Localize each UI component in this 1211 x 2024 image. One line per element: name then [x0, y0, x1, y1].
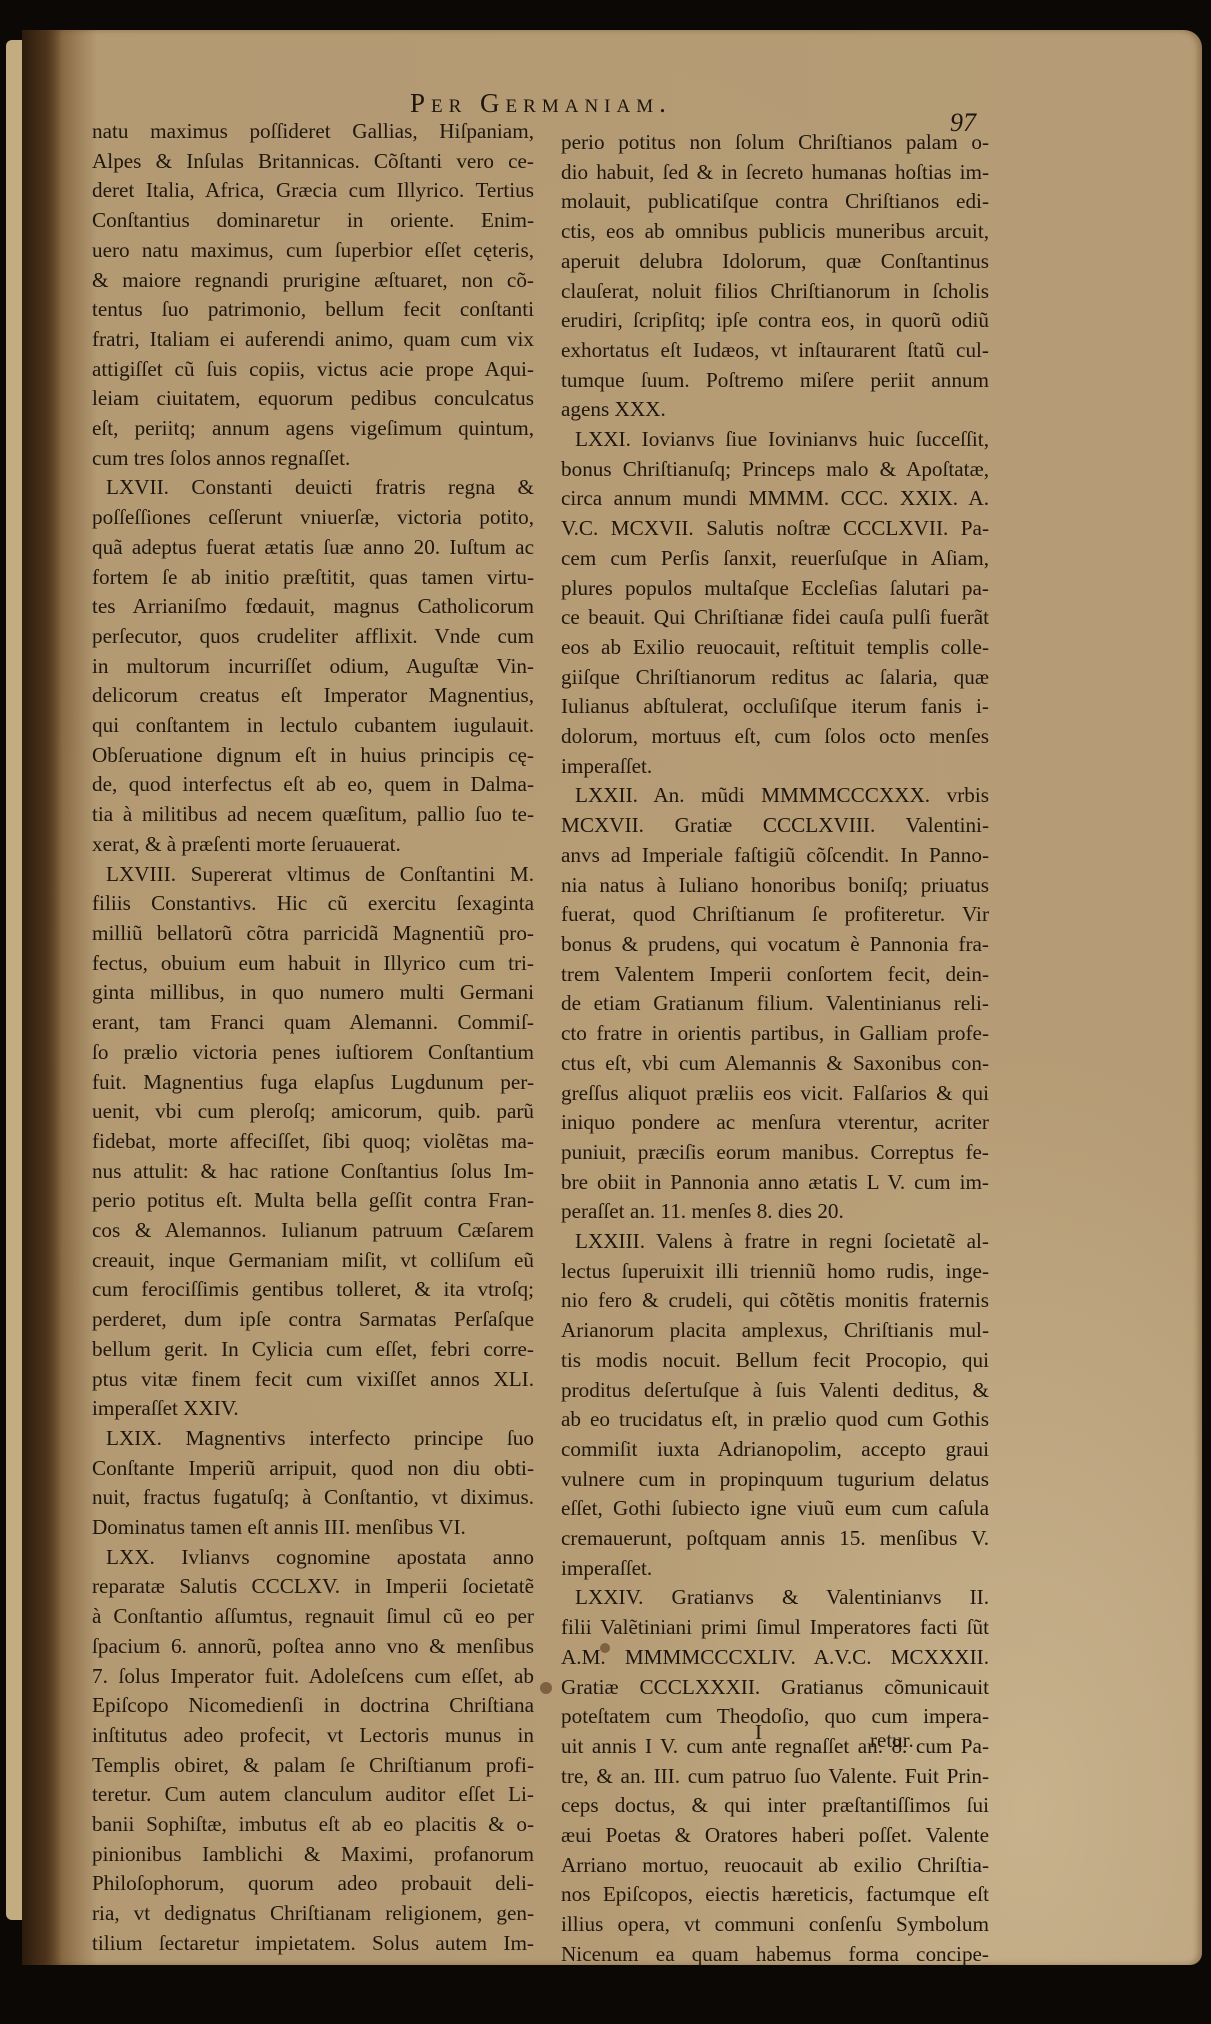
text-line: commiſit iuxta Adrianopolim, accepto gra… — [561, 1435, 989, 1465]
section-heading-line: LXXI. Iovianvs ſiue Iovinianvs huic ſucc… — [561, 425, 989, 455]
text-line: bre obiit in Pannonia anno ætatis L V. c… — [561, 1168, 989, 1198]
running-head: Per Germaniam. — [410, 88, 672, 119]
text-line: Alpes & Inſulas Britannicas. Cõſtanti ve… — [92, 147, 534, 177]
text-line: imperaſſet. — [561, 1554, 989, 1584]
text-line: iniquo pondere ac menſura vterentur, acr… — [561, 1108, 989, 1138]
text-line: xerat, & à præſenti morte ſeruauerat. — [92, 830, 534, 860]
text-line: imperaſſet XXIV. — [92, 1394, 534, 1424]
text-line: teretur. Cum autem clanculum auditor eſſ… — [92, 1780, 534, 1810]
section-heading-line: LXXII. An. mũdi MMMMCCCXXX. vrbis — [561, 781, 989, 811]
text-line: agens XXX. — [561, 395, 989, 425]
text-line: dolorum, mortuus eſt, cum ſolos octo men… — [561, 722, 989, 752]
text-line: de etiam Gratianum filium. Valentinianus… — [561, 989, 989, 1019]
text-line: Templis obiret, & palam ſe Chriſtianum p… — [92, 1751, 534, 1781]
text-line: tumque ſuum. Poſtremo miſere periit annu… — [561, 366, 989, 396]
text-line: cto fratre in orientis partibus, in Gall… — [561, 1019, 989, 1049]
text-line: eſt, periitq; annum agens vigeſimum quin… — [92, 414, 534, 444]
text-line: ginta millibus, in quo numero multi Germ… — [92, 978, 534, 1008]
text-line: perio potitus eſt. Multa bella geſſit co… — [92, 1186, 534, 1216]
text-line: anvs ad Imperiale faſtigiũ cõſcendit. In… — [561, 841, 989, 871]
text-line: poſſeſſiones ceſſerunt vniuerſæ, victori… — [92, 503, 534, 533]
text-line: deret Italia, Africa, Græcia cum Illyric… — [92, 176, 534, 206]
text-line: proditus deſertuſque à ſuis Valenti dedi… — [561, 1376, 989, 1406]
text-line: tre, & an. III. cum patruo ſuo Valente. … — [561, 1762, 989, 1792]
text-line: in multorum incurriſſet odium, Auguſtæ V… — [92, 652, 534, 682]
text-line: trem Valentem Imperii conſortem fecit, d… — [561, 960, 989, 990]
text-line: peraſſet an. 11. menſes 8. dies 20. — [561, 1197, 989, 1227]
text-line: ctis, eos ab omnibus publicis muneribus … — [561, 217, 989, 247]
text-line: 7. ſolus Imperator fuit. Adoleſcens cum … — [92, 1662, 534, 1692]
text-line: fectus, obuium eum habuit in Illyrico cu… — [92, 949, 534, 979]
text-line: bonus & prudens, qui vocatum è Pannonia … — [561, 930, 989, 960]
text-line: circa annum mundi MMMM. CCC. XXIX. A. — [561, 484, 989, 514]
text-line: clauſerat, noluit filios Chriſtianorum i… — [561, 277, 989, 307]
text-line: nia natus à Iuliano honoribus boniſq; pr… — [561, 871, 989, 901]
text-line: cem cum Perſis ſanxit, reuerſuſque in Aſ… — [561, 544, 989, 574]
section-heading-line: LXXIII. Valens à fratre in regni ſocieta… — [561, 1227, 989, 1257]
text-line: à Conſtantio aſſumtus, regnauit ſimul cũ… — [92, 1602, 534, 1632]
text-line: quã adeptus fuerat ætatis ſuæ anno 20. I… — [92, 533, 534, 563]
text-line: delicorum creatus eſt Imperator Magnenti… — [92, 681, 534, 711]
text-line: ptus vitæ finem fecit cum vixiſſet annos… — [92, 1365, 534, 1395]
text-line: Epiſcopo Nicomedienſi in doctrina Chriſt… — [92, 1691, 534, 1721]
text-line: eos ab Exilio reuocauit, reſtituit templ… — [561, 633, 989, 663]
text-line: vulnere cum in propinquum tugurium delat… — [561, 1465, 989, 1495]
text-line: filii Valẽtiniani primi ſimul Imperatore… — [561, 1613, 989, 1643]
text-line: exhortatus eſt Iudæos, vt inſtaurarent ſ… — [561, 336, 989, 366]
text-line: ab eo trucidatus eſt, in prælio quod cum… — [561, 1405, 989, 1435]
text-line: inſtitutus adeo profecit, vt Lectoris mu… — [92, 1721, 534, 1751]
text-line: fortem ſe ab initio præſtitit, quas tame… — [92, 563, 534, 593]
text-line: fidebat, morte affeciſſet, ſibi quoq; vi… — [92, 1127, 534, 1157]
text-line: cum tres ſolos annos regnaſſet. — [92, 444, 534, 474]
text-line: ria, vt dedignatus Chriſtianam religione… — [92, 1899, 534, 1929]
text-line: plures populos multaſque Eccleſias ſalut… — [561, 574, 989, 604]
text-line: cos & Alemannos. Iulianum patruum Cæſare… — [92, 1216, 534, 1246]
text-line: cremauerunt, poſtquam annis 15. menſibus… — [561, 1524, 989, 1554]
text-line: tilium ſectaretur impietatem. Solus aute… — [92, 1929, 534, 1959]
text-line: tia à militibus ad necem quæſitum, palli… — [92, 800, 534, 830]
text-line: Iulianus abſtulerat, occluſiſque iterum … — [561, 692, 989, 722]
text-line: ctus eſt, vbi cum Alemannis & Saxonibus … — [561, 1049, 989, 1079]
text-line: tes Arrianiſmo fœdauit, magnus Catholico… — [92, 592, 534, 622]
text-line: reparatæ Salutis CCCLXV. in Imperii ſoci… — [92, 1572, 534, 1602]
text-line: Philoſophorum, quorum adeo probauit deli… — [92, 1869, 534, 1899]
text-line: Conſtantius dominaretur in oriente. Enim… — [92, 206, 534, 236]
text-line: uit annis I V. cum ante regnaſſet an. 8.… — [561, 1732, 989, 1762]
text-line: poteſtatem cum Theodoſio, quo cum impera… — [561, 1702, 989, 1732]
text-line: leiam ciuitatem, equorum pedibus conculc… — [92, 384, 534, 414]
text-line: MCXVII. Gratiæ CCCLXVIII. Valentini- — [561, 811, 989, 841]
text-line: bellum gerit. In Cylicia cum eſſet, febr… — [92, 1335, 534, 1365]
text-line: tentus ſuo patrimonio, bellum fecit conſ… — [92, 295, 534, 325]
signature-mark: I — [755, 1720, 762, 1745]
section-heading-line: LXXIV. Gratianvs & Valentinianvs II. — [561, 1583, 989, 1613]
text-line: molauit, publicatiſque contra Chriſtiano… — [561, 187, 989, 217]
text-line: ſpacium 6. annorũ, poſtea anno vno & men… — [92, 1632, 534, 1662]
text-line: fuit. Magnentius fuga elapſus Lugdunum p… — [92, 1068, 534, 1098]
text-line: V.C. MCXVII. Salutis noſtræ CCCLXVII. Pa… — [561, 514, 989, 544]
text-line: Obſeruatione dignum eſt in huius princip… — [92, 741, 534, 771]
section-heading-line: LXVII. Constanti deuicti fratris regna & — [92, 473, 534, 503]
text-line: uero natu maximus, cum ſuperbior eſſet c… — [92, 236, 534, 266]
text-line: pinionibus Iamblichi & Maximi, profanoru… — [92, 1840, 534, 1870]
text-line: ſo prælio victoria penes iuſtiorem Conſt… — [92, 1038, 534, 1068]
text-line: nos Epiſcopos, eiectis hæreticis, factum… — [561, 1880, 989, 1910]
text-line: tis modis nocuit. Bellum fecit Procopio,… — [561, 1346, 989, 1376]
text-line: cum ferociſſimis gentibus tolleret, & it… — [92, 1275, 534, 1305]
text-line: erudiri, ſcripſitq; ipſe contra eos, in … — [561, 306, 989, 336]
text-line: nus attulit: & hac ratione Conſtantius ſ… — [92, 1157, 534, 1187]
text-line: illius opera, vt communi conſenſu Symbol… — [561, 1910, 989, 1940]
right-column: perio potitus non ſolum Chriſtianos pala… — [561, 128, 989, 1970]
text-line: attigiſſet cũ ſuis copiis, victus acie p… — [92, 355, 534, 385]
text-line: nio fero & crudeli, qui cõtẽtis monitis … — [561, 1286, 989, 1316]
text-line: fuerat, quod Chriſtianum ſe profiteretur… — [561, 900, 989, 930]
text-line: milliũ bellatorũ cõtra parricidã Magnent… — [92, 919, 534, 949]
text-line: puniuit, præciſis eorum manibus. Corrept… — [561, 1138, 989, 1168]
text-line: ceps doctus, & qui inter præſtantiſſimos… — [561, 1791, 989, 1821]
text-line: Gratiæ CCCLXXXII. Gratianus cõmunicauit — [561, 1673, 989, 1703]
text-line: ce beauit. Qui Chriſtianæ fidei cauſa pu… — [561, 603, 989, 633]
text-line: aperuit delubra Idolorum, quæ Conſtantin… — [561, 247, 989, 277]
text-line: erant, tam Franci quam Alemanni. Commiſ- — [92, 1008, 534, 1038]
text-line: Conſtante Imperiũ arripuit, quod non diu… — [92, 1454, 534, 1484]
text-line: Arianorum placita amplexus, Chriſtianis … — [561, 1316, 989, 1346]
text-line: uenit, vbi cum pleroſq; amicorum, quib. … — [92, 1097, 534, 1127]
section-heading-line: LXX. Ivlianvs cognomine apostata anno — [92, 1543, 534, 1573]
text-line: creauit, inque Germaniam miſit, vt colli… — [92, 1246, 534, 1276]
catchword: retur. — [870, 1728, 914, 1753]
left-column: natu maximus poſſideret Gallias, Hiſpani… — [92, 117, 534, 1959]
text-line: Dominatus tamen eſt annis III. menſibus … — [92, 1513, 534, 1543]
text-line: imperaſſet. — [561, 752, 989, 782]
text-line: lectus ſuperuixit illi trienniũ homo rud… — [561, 1257, 989, 1287]
text-line: giiſque Chriſtianorum reditus ac ſalaria… — [561, 663, 989, 693]
text-line: perderet, dum ipſe contra Sarmatas Perſa… — [92, 1305, 534, 1335]
section-heading-line: LXIX. Magnentivs interfecto principe ſuo — [92, 1424, 534, 1454]
section-heading-line: LXVIII. Supererat vltimus de Conſtantini… — [92, 860, 534, 890]
text-line: perio potitus non ſolum Chriſtianos pala… — [561, 128, 989, 158]
text-line: & maiore regnandi prurigine æſtuaret, no… — [92, 266, 534, 296]
text-line: nuit, fractus fugatuſq; à Conſtantio, vt… — [92, 1483, 534, 1513]
text-line: Arriano mortuo, reuocauit ab exilio Chri… — [561, 1851, 989, 1881]
text-line: de, quod interfectus eſt ab eo, quem in … — [92, 770, 534, 800]
text-line: natu maximus poſſideret Gallias, Hiſpani… — [92, 117, 534, 147]
text-line: banii Sophiſtæ, imbutus eſt ab eo placit… — [92, 1810, 534, 1840]
text-line: eſſet, Gothi ſubiecto igne viuũ eum cum … — [561, 1494, 989, 1524]
text-line: perſecutor, quos crudeliter afflixit. Vn… — [92, 622, 534, 652]
ink-stain — [540, 1682, 552, 1694]
text-line: fratri, Italiam ei auferendi animo, quam… — [92, 325, 534, 355]
text-line: æui Poetas & Oratores haberi poſſet. Val… — [561, 1821, 989, 1851]
binding-gutter — [22, 30, 62, 1965]
text-line: Nicenum ea quam habemus forma concipe- — [561, 1940, 989, 1970]
text-line: A.M. MMMMCCCXLIV. A.V.C. MCXXXII. — [561, 1643, 989, 1673]
text-line: dio habuit, ſed & in ſecreto humanas hoſ… — [561, 158, 989, 188]
text-line: bonus Chriſtianuſq; Princeps malo & Apoſ… — [561, 455, 989, 485]
text-line: filiis Constantivs. Hic cũ exercitu ſexa… — [92, 889, 534, 919]
text-line: greſſus aliquot præliis eos vicit. Falſa… — [561, 1079, 989, 1109]
text-line: qui conſtantem in lectulo cubantem iugul… — [92, 711, 534, 741]
